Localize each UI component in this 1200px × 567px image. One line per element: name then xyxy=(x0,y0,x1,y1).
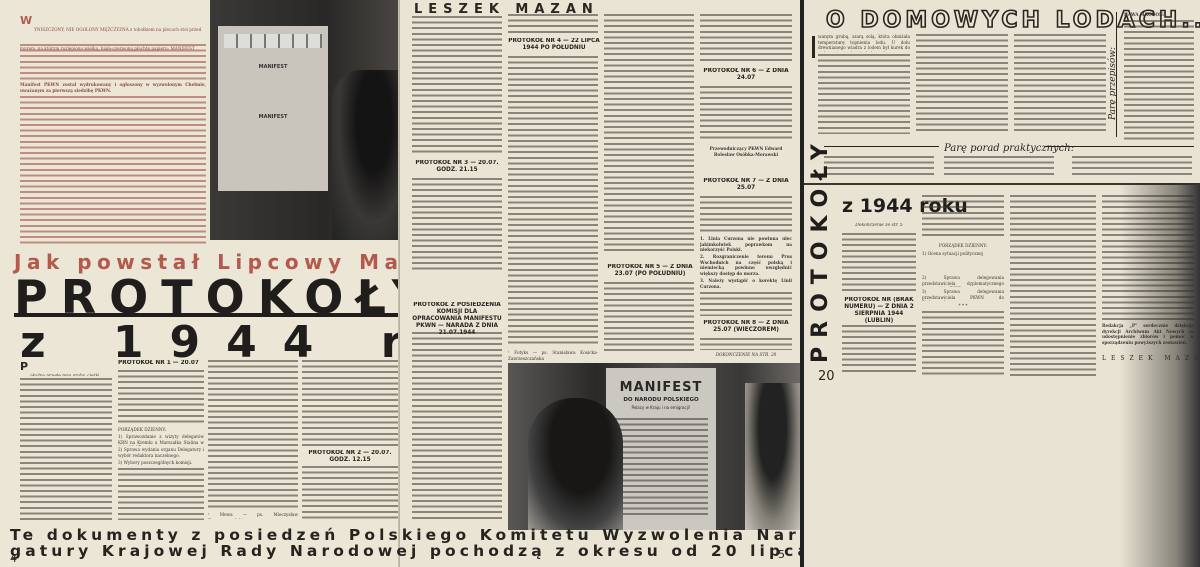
poster-flags xyxy=(224,34,322,48)
page-4: W YNISZCZONY, NIE OGOLONY MĘŻCZYZNA z to… xyxy=(0,0,400,567)
lower-agenda-1: 1) Ocena sytuacji politycznej xyxy=(922,251,1004,273)
photo-manifest-wall: MANIFEST MANIFEST xyxy=(210,0,400,240)
tips-col2-lines xyxy=(944,156,1054,178)
p5-col3-lines-2 xyxy=(604,282,694,352)
heading-protokol-3: PROTOKÓŁ NR 3 — 20.07. GODZ. 21.15 xyxy=(412,160,502,174)
body-dropcap: P xyxy=(20,362,28,372)
poster-subhead: DO NARODU POLSKIEGO xyxy=(606,397,716,403)
p5-col4-lines-5 xyxy=(700,338,792,350)
p5-col4-lines xyxy=(700,14,792,64)
lower-col1-lines-2 xyxy=(842,325,916,375)
accent-bar xyxy=(812,36,815,58)
p5-col1-lines-2 xyxy=(412,178,502,270)
page-curl-shadow xyxy=(1120,183,1200,567)
point-2: 2. Rozgraniczenie terenu Prus Wschodnich… xyxy=(700,254,792,276)
lower-col1-lines xyxy=(842,233,916,293)
lower-col2-lines-2 xyxy=(922,311,1004,377)
protokoly-continuation: PROTOKOŁY z 1944 roku Dokończenie ze str… xyxy=(804,183,1200,567)
heading-protokol-5: PROTOKÓŁ NR 5 — Z DNIA 23.07 (PO POŁUDNI… xyxy=(604,264,696,278)
p5-col1-lines-3 xyxy=(412,332,502,522)
p5-col2-lines-2 xyxy=(508,56,598,346)
continued-from: Dokończenie ze str. 5 xyxy=(842,223,916,228)
sidebar-item-1: NAWA MRODONA xyxy=(1124,12,1194,20)
poster-title-2: MANIFEST xyxy=(218,114,328,120)
man-in-cap-silhouette xyxy=(745,383,800,530)
agenda-item-2: 2) Sprawa wydania organu Delegatury i wy… xyxy=(118,447,204,459)
col2-lines-2 xyxy=(118,468,204,520)
agenda-item-1: 1) Sprawozdanie z wizyty delegatów KRN n… xyxy=(118,434,204,446)
heading-protokol-4: PROTOKÓŁ NR 4 — 22 LIPCA 1944 PO POŁUDNI… xyxy=(508,38,600,52)
continued-link[interactable]: DOKOŃCZENIE NA STR. 20 xyxy=(700,352,792,359)
intro-highlight: Manifest PKWN został wydrukowany i ogłos… xyxy=(20,82,206,94)
tips-col3-lines xyxy=(1072,156,1192,178)
lower-agenda-2: 2) Sprawa delegowania przedstawiciela dy… xyxy=(922,275,1004,287)
col4-lines xyxy=(302,360,398,448)
lower-col2-lines xyxy=(922,195,1004,239)
ice-col3-lines xyxy=(1014,34,1106,134)
col1-lines xyxy=(20,378,112,520)
poster-headline: MANIFEST xyxy=(606,380,716,395)
woman-silhouette xyxy=(528,398,623,530)
ice-col2-lines xyxy=(916,34,1008,134)
magazine-spread: W YNISZCZONY, NIE OGOLONY MĘŻCZYZNA z to… xyxy=(0,0,1200,567)
ice-col1-lines xyxy=(818,54,910,134)
intro-dropcap: W xyxy=(20,16,32,26)
p5-col1-lines xyxy=(412,16,502,156)
col2-lines xyxy=(118,370,204,426)
heading-protokol-1: PROTOKÓŁ NR 1 — 20.07 xyxy=(118,360,204,367)
intro-body-lines-2 xyxy=(20,96,206,244)
man-silhouette xyxy=(332,70,400,240)
heading-protokol-bn: PROTOKÓŁ NR (BRAK NUMERU) — Z DNIA 2 SIE… xyxy=(842,297,916,325)
p5-col4-lines-4 xyxy=(700,292,792,316)
poster-title: MANIFEST xyxy=(218,64,328,70)
manifest-poster: MANIFEST MANIFEST xyxy=(218,26,328,191)
p5-col4-lines-3 xyxy=(700,196,792,232)
tips-rule-left xyxy=(824,146,939,147)
col3-lines xyxy=(208,360,298,510)
lower-col3-lines xyxy=(1010,195,1096,377)
ice-text-start: wanym grubą, szarą solą, która obniżała … xyxy=(818,34,910,52)
heading-protokol-7: PROTOKÓŁ NR 7 — Z DNIA 25.07 xyxy=(700,178,792,192)
intro-body-lines xyxy=(20,44,206,82)
tips-rule-right xyxy=(1044,146,1194,147)
heading-protokol-2: PROTOKÓŁ NR 2 — 20.07. GODZ. 12.15 xyxy=(302,450,398,464)
tips-heading: Parę porad praktycznych: xyxy=(944,143,1074,154)
p5-col3-lines xyxy=(604,14,694,254)
vertical-title: PROTOKOŁY xyxy=(808,135,833,363)
col4-lines-2 xyxy=(302,466,398,520)
heading-protokol-6: PROTOKÓŁ NR 6 — Z DNIA 24.07 xyxy=(700,68,792,82)
p5-col4-lines-2 xyxy=(700,86,792,142)
sidebar-lines xyxy=(1124,20,1194,140)
poster-text-lines xyxy=(614,418,708,518)
lower-agenda-heading: PORZĄDEK DZIENNY: xyxy=(922,243,1004,250)
page-number-20: 20 xyxy=(818,369,835,384)
page-20: O DOMOWYCH LODACH... wanym grubą, szarą … xyxy=(804,0,1200,567)
heading-protokol-8: PROTOKÓŁ NR 8 — Z DNIA 25.07 (WIECZOREM) xyxy=(700,320,792,334)
footnote-left: ¹ Mewa — ps. Mieczysław Zaprzeszczański xyxy=(208,512,298,519)
point-1: 1. Linia Curzona nie powinna ulec jakimk… xyxy=(700,236,792,252)
section-break: * * * xyxy=(922,303,1004,310)
p5-col2-lines xyxy=(508,14,598,34)
photo-manifest-readers: MANIFEST DO NARODU POLSKIEGO Polacy w Kr… xyxy=(508,363,800,530)
footnote-right: ¹ Fotyks — ps. Stanisława Kosicka-Zaprze… xyxy=(508,350,598,360)
signature-osobka: Przewodniczący PKWN Edward Bolesław Osób… xyxy=(700,146,792,166)
body-lead-text: okaźno przede mną gruby, ciężki, oprawny… xyxy=(20,373,111,376)
poster-line3: Polacy w Kraju i na emigracji! xyxy=(606,405,716,410)
point-3: 3. Należy wystąpić o korektę Linii Curzo… xyxy=(700,278,792,290)
agenda-item-3: 3) Wybory poszczególnych komisji. xyxy=(118,460,204,467)
tips-vertical-label: Parę przepisów: xyxy=(1108,47,1118,120)
footer-banner-line-2: gatury Krajowej Rady Narodowej pochodzą … xyxy=(10,543,800,560)
lower-agenda-3: 3) Sprawa delegowania przedstawiciela PK… xyxy=(922,289,1004,301)
page-5: LESZEK MAZAN PROTOKÓŁ NR 3 — 20.07. GODZ… xyxy=(400,0,802,567)
body-lead: P okaźno przede mną gruby, ciężki, opraw… xyxy=(20,362,112,376)
tips-col1-lines xyxy=(824,156,934,178)
